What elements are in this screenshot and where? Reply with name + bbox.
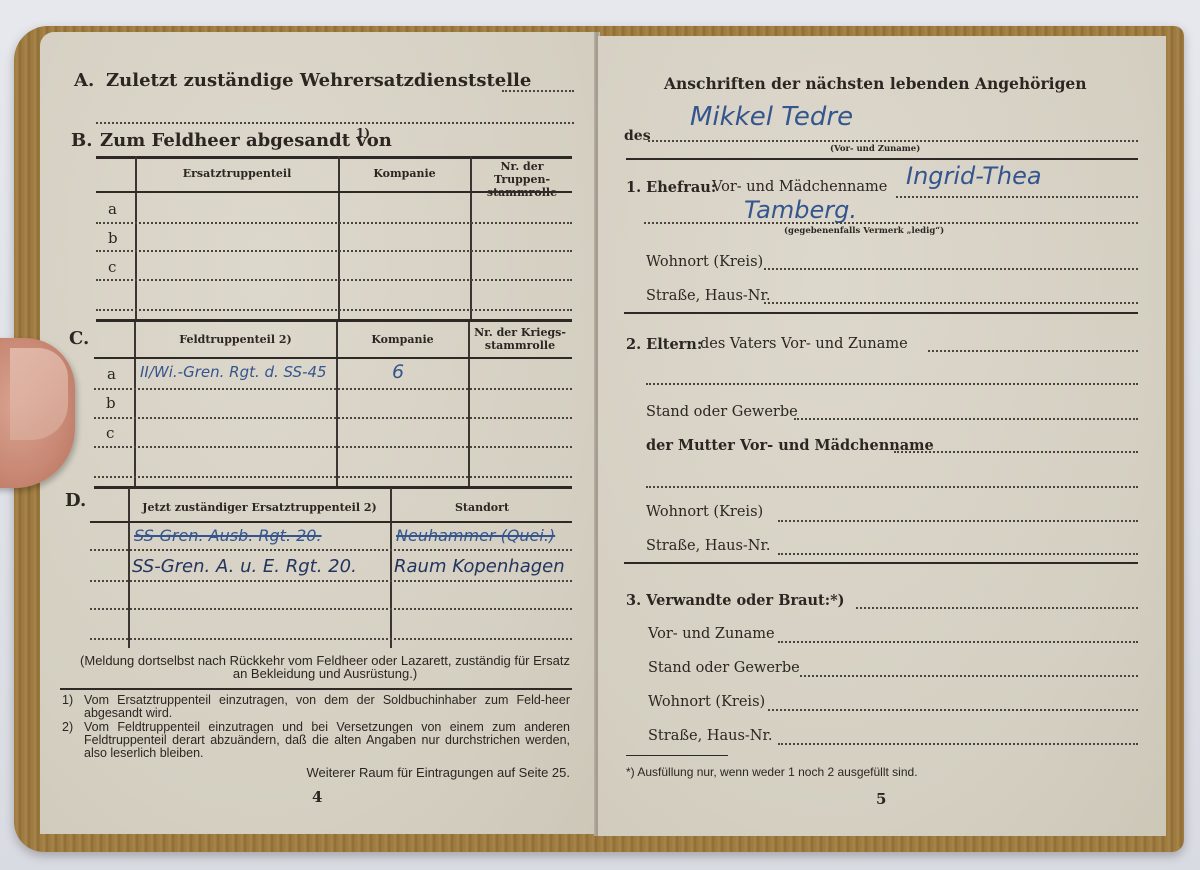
section-1-field-label: Vor- und Mädchenname <box>712 179 887 195</box>
row-2-field[interactable] <box>90 580 572 582</box>
parents-strasse-field[interactable] <box>778 553 1138 555</box>
col-kompanie: Kompanie <box>337 333 468 346</box>
section-b-letter: B. <box>71 130 92 151</box>
handwritten-standort-struck[interactable]: Neuhammer (Quei.) <box>396 526 555 545</box>
des-field[interactable] <box>648 140 1138 142</box>
section-c-letter: C. <box>69 328 89 349</box>
relative-strasse-field[interactable] <box>778 743 1138 745</box>
father-name-field[interactable] <box>928 350 1138 352</box>
handwritten-unit[interactable]: SS-Gren. A. u. E. Rgt. 20. <box>132 556 357 577</box>
col-kompanie: Kompanie <box>339 167 470 180</box>
section-3-label: 3. Verwandte oder Braut:*) <box>626 592 845 609</box>
handwritten-name[interactable]: Mikkel Tedre <box>690 102 853 132</box>
relative-name-field[interactable] <box>778 641 1138 643</box>
father-occupation-field[interactable] <box>794 418 1138 420</box>
row-a-field[interactable] <box>96 222 572 224</box>
footnote-ref-1: 1) <box>356 126 370 140</box>
page-4: A. Zuletzt zuständige Wehrersatzdienstst… <box>40 32 596 834</box>
section-a-field[interactable] <box>502 90 574 92</box>
mother-name-field-line2[interactable] <box>646 486 1138 488</box>
des-caption: (Vor- und Zuname) <box>830 144 920 154</box>
page-5: Anschriften der nächsten lebenden Angehö… <box>598 36 1166 836</box>
row-b-field[interactable] <box>96 250 572 252</box>
relative-wohnort-field[interactable] <box>768 709 1138 711</box>
wife-name-field[interactable] <box>896 196 1138 198</box>
row-c-field[interactable] <box>96 279 572 281</box>
wife-name-field-line2[interactable] <box>644 222 1138 224</box>
col-ersatztruppenteil: Ersatztruppenteil <box>136 167 338 180</box>
row-extra-field[interactable] <box>96 309 572 311</box>
handwritten-kompanie[interactable]: 6 <box>392 361 404 383</box>
row-3-field[interactable] <box>90 608 572 610</box>
col-truppenstammrolle: Nr. der Truppen-stammrolle <box>472 160 572 199</box>
row-b-field[interactable] <box>94 417 572 419</box>
ledig-caption: (gegebenenfalls Vermerk „ledig“) <box>784 226 944 236</box>
row-a-field[interactable] <box>94 388 572 390</box>
footnote-star: *) Ausfüllung nur, wenn weder 1 noch 2 a… <box>626 766 918 779</box>
relative-field[interactable] <box>856 607 1138 609</box>
row-1-field[interactable] <box>90 549 572 551</box>
wife-wohnort-field[interactable] <box>764 268 1138 270</box>
section-a-label: Zuletzt zuständige Wehrersatzdienststell… <box>106 70 531 91</box>
section-2-label: 2. Eltern: <box>626 336 702 353</box>
section-a-letter: A. <box>74 70 94 91</box>
wife-strasse-field[interactable] <box>764 302 1138 304</box>
thumbnail <box>10 348 68 440</box>
row-c-field[interactable] <box>94 446 572 448</box>
handwritten-wife-name[interactable]: Ingrid-Thea <box>906 162 1042 190</box>
footnote-1: Vom Ersatztruppenteil einzutragen, von d… <box>84 694 570 720</box>
section-d-letter: D. <box>65 490 86 511</box>
handwritten-feldtruppenteil[interactable]: II/Wi.-Gren. Rgt. d. SS-45 <box>140 363 327 381</box>
page-title: Anschriften der nächsten lebenden Angehö… <box>664 74 1087 93</box>
parents-wohnort-field[interactable] <box>778 520 1138 522</box>
handwritten-wife-maiden-name[interactable]: Tamberg. <box>744 196 857 224</box>
col-standort: Standort <box>392 501 572 514</box>
des-label: des <box>624 128 651 144</box>
section-d-note: (Meldung dortselbst nach Rückkehr vom Fe… <box>80 654 570 680</box>
row-4-field[interactable] <box>90 638 572 640</box>
page-number: 4 <box>312 788 322 806</box>
page-number: 5 <box>876 790 886 808</box>
relative-occupation-field[interactable] <box>800 675 1138 677</box>
col-feldtruppenteil: Feldtruppenteil 2) <box>135 333 336 346</box>
mother-name-field[interactable] <box>894 451 1138 453</box>
footnote-2: Vom Feldtruppenteil einzutragen und bei … <box>84 721 570 760</box>
handwritten-unit-struck[interactable]: SS-Gren. Ausb. Rgt. 20. <box>134 526 322 545</box>
section-a-field-line2[interactable] <box>96 122 574 124</box>
continuation-note: Weiterer Raum für Eintragungen auf Seite… <box>80 766 570 779</box>
father-name-field-line2[interactable] <box>646 383 1138 385</box>
handwritten-standort[interactable]: Raum Kopenhagen <box>394 556 565 577</box>
section-1-label: 1. Ehefrau: <box>626 179 716 196</box>
col-kriegsstammrolle: Nr. der Kriegs-stammrolle <box>470 326 570 352</box>
col-ersatztruppenteil-current: Jetzt zuständiger Ersatztruppenteil 2) <box>129 501 390 514</box>
section-b-label: Zum Feldheer abgesandt von <box>100 130 392 151</box>
row-extra-field[interactable] <box>94 476 572 478</box>
